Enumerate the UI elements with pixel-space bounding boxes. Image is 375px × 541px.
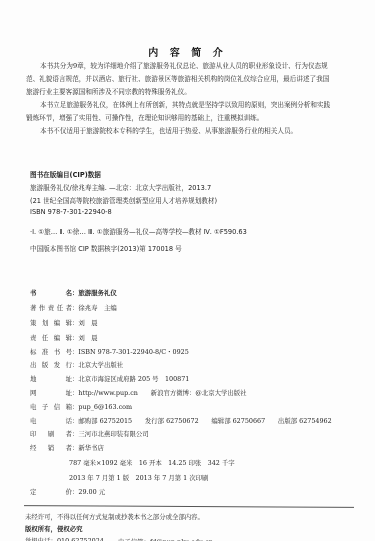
info-label: 书 名 <box>30 288 72 297</box>
intro-line: 旅游行业主要客源国和所涉及不同宗教的特殊服务礼仪。 <box>26 86 191 99</box>
info-value: 旅游服务礼仪 <box>78 288 116 297</box>
report-email: 电子信箱：fd@pup.pku.edu.cn <box>118 537 213 541</box>
intro-line: 本书不仅适用于旅游院校本专科的学生，也适用于热爱、从事旅游服务行业的相关人员。 <box>40 125 297 138</box>
info-label: 印刷者 <box>30 429 72 438</box>
intro-line: 锻炼环节，增强了实用性、可操作性，在理论知识够用的基础上，注重模拟训练。 <box>26 112 263 125</box>
info-label: 定价 <box>30 487 72 496</box>
info-value: 徐兆寿 主编 <box>78 303 116 312</box>
info-value: 刘 晨 <box>78 333 97 342</box>
info-value: 三河市北燕印装有限公司 <box>78 429 148 438</box>
info-row-price: 定价：29.00 元 <box>30 487 105 496</box>
intro-line: 本书立足旅游服务礼仪，在体例上有所创新，其特点就是坚持学以致用的原则，突出案例分… <box>40 99 330 112</box>
info-row-edition: 2013 年 7 月第 1 版 2013 年 7 月第 1 次印刷 <box>69 473 208 482</box>
info-label: 电话 <box>30 416 72 425</box>
info-label: 责任编辑 <box>30 333 72 342</box>
info-row-author: 著作责任者：徐兆寿 主编 <box>30 303 117 312</box>
info-row-email: 电子信箱：pup_6@163.com <box>30 402 132 411</box>
info-row-distributor: 经销者：新华书店 <box>30 443 104 452</box>
info-value: 邮购部 62752015 发行部 62750672 编辑部 62750667 出… <box>78 416 331 425</box>
intro-title: 内 容 简 介 <box>0 44 375 59</box>
report-phone: 举报电话：010-62752024 <box>25 536 104 541</box>
info-label: 经销者 <box>30 443 72 452</box>
info-label: 电子信箱 <box>30 402 72 411</box>
info-row-phone: 电话：邮购部 62752015 发行部 62750672 编辑部 6275066… <box>30 416 332 425</box>
info-value: 北京大学出版社 <box>78 360 123 369</box>
info-value: ISBN 978-7-301-22940-8/C・0925 <box>78 347 188 356</box>
info-value: 刘 晨 <box>78 318 97 327</box>
intro-line: 本书共分为9章，较为详细地介绍了旅游服务礼仪总论、旅游从业人员的职业形象设计、行… <box>40 60 328 73</box>
info-row-printer: 印刷者：三河市北燕印装有限公司 <box>30 429 149 438</box>
cip-line: ·Ⅰ. ①旅… Ⅱ. ①徐… Ⅲ. ①旅游服务—礼仪—高等学校—教材 Ⅳ. ①F… <box>30 226 247 236</box>
info-row-planning-editor: 策划编辑：刘 晨 <box>30 318 98 327</box>
footer-divider <box>24 505 354 508</box>
info-value: 2013 年 7 月第 1 版 2013 年 7 月第 1 次印刷 <box>69 473 208 482</box>
info-label: 地址 <box>30 374 72 383</box>
info-value: pup_6@163.com <box>78 403 132 411</box>
info-row-publisher: 出版发行：北京大学出版社 <box>30 360 123 369</box>
info-label: 网址 <box>30 388 72 397</box>
info-row-address: 地址：北京市海淀区成府路 205 号 100871 <box>30 374 189 383</box>
rights-reserved: 版权所有，侵权必究 <box>25 524 83 533</box>
cip-line: (21 世纪全国高等院校旅游管理类创新型应用人才培养规划教材) <box>30 195 217 205</box>
info-row-format: 787 毫米×1092 毫米 16 开本 14.25 印张 342 千字 <box>69 458 235 467</box>
cip-line: 旅游服务礼仪/徐兆寿主编. —北京：北京大学出版社，2013.7 <box>30 182 211 192</box>
cip-line: 中国版本图书馆 CIP 数据核字(2013)第 170018 号 <box>30 243 182 253</box>
info-value: 新华书店 <box>78 443 104 452</box>
info-value: 787 毫米×1092 毫米 16 开本 14.25 印张 342 千字 <box>69 458 235 467</box>
intro-line: 范、礼貌语言规范，并以酒店、旅行社、旅游景区等旅游相关机构的岗位礼仪综合应用，最… <box>26 73 329 86</box>
info-value: http://www.pup.cn 新浪官方微博：@北京大学出版社 <box>78 388 246 397</box>
cip-heading: 图书在版编目(CIP)数据 <box>30 169 101 179</box>
info-value: 29.00 元 <box>78 487 105 496</box>
info-row-website: 网址：http://www.pup.cn 新浪官方微博：@北京大学出版社 <box>30 388 247 397</box>
copyright-notice: 未经许可，不得以任何方式复制或抄袭本书之部分或全部内容。 <box>25 512 204 521</box>
info-label: 著作责任者 <box>30 303 72 312</box>
info-label: 出版发行 <box>30 360 72 369</box>
info-row-isbn: 标准书号：ISBN 978-7-301-22940-8/C・0925 <box>30 347 189 356</box>
info-label: 策划编辑 <box>30 318 72 327</box>
info-value: 北京市海淀区成府路 205 号 100871 <box>78 374 189 383</box>
info-row-responsible-editor: 责任编辑：刘 晨 <box>30 333 98 342</box>
info-label: 标准书号 <box>30 347 72 356</box>
cip-line: ISBN 978-7-301-22940-8 <box>30 208 112 216</box>
info-row-title: 书 名：旅游服务礼仪 <box>30 288 117 297</box>
